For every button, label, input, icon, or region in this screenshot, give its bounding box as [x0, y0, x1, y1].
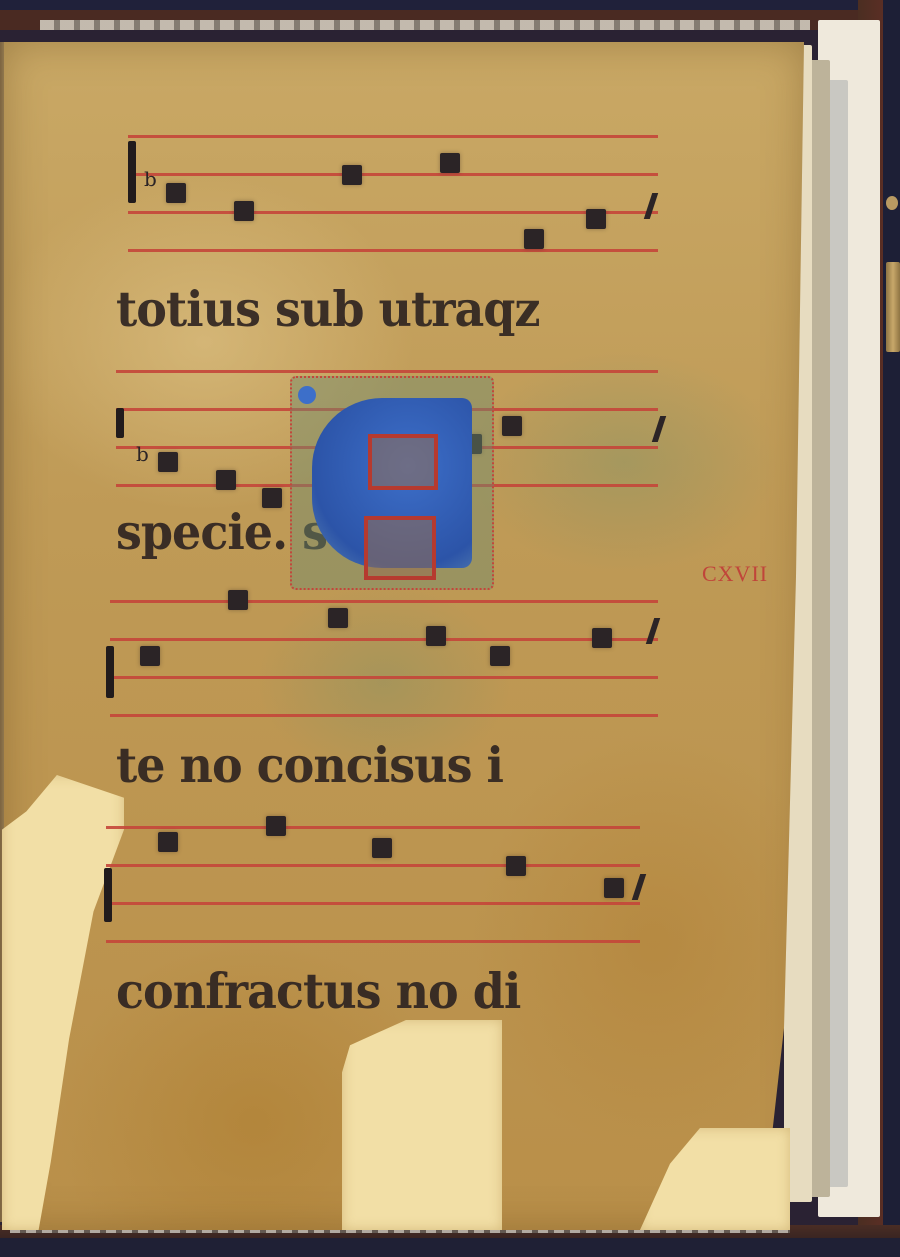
- clasp: [886, 262, 900, 352]
- folio-number: CXVII: [702, 561, 768, 587]
- flat-sign: b: [144, 167, 157, 191]
- neume: [506, 856, 526, 876]
- neume: [586, 209, 606, 229]
- flat-sign: b: [136, 442, 149, 466]
- neume: [524, 229, 544, 249]
- initial-letter: A: [292, 378, 492, 588]
- neume: [158, 832, 178, 852]
- clasp-knob: [886, 196, 898, 210]
- c-clef-icon: [128, 141, 136, 203]
- music-staff-1: b: [128, 135, 658, 255]
- music-staff-4: [106, 826, 640, 946]
- neume: [502, 416, 522, 436]
- neume: [490, 646, 510, 666]
- custos: [644, 193, 658, 219]
- chant-text-line-3: te no concisus i: [116, 737, 503, 794]
- neume: [158, 452, 178, 472]
- illuminated-initial: A: [290, 376, 494, 590]
- neume: [234, 201, 254, 221]
- neume: [266, 816, 286, 836]
- neume: [342, 165, 362, 185]
- neume: [166, 183, 186, 203]
- neume: [328, 608, 348, 628]
- neume: [228, 590, 248, 610]
- c-clef-icon: [116, 408, 124, 438]
- neume: [140, 646, 160, 666]
- neume: [604, 878, 624, 898]
- neume: [372, 838, 392, 858]
- chant-text-line-1: totius sub utraqz: [116, 281, 540, 338]
- neume: [440, 153, 460, 173]
- gilt-edge-top: [40, 20, 810, 30]
- chant-text-line-4: confractus no di: [116, 963, 520, 1020]
- neume: [592, 628, 612, 648]
- repair-patch: [342, 1020, 502, 1230]
- c-clef-icon: [106, 646, 114, 698]
- neume: [216, 470, 236, 490]
- music-staff-3: [110, 600, 658, 720]
- c-clef-icon: [104, 868, 112, 922]
- neume: [426, 626, 446, 646]
